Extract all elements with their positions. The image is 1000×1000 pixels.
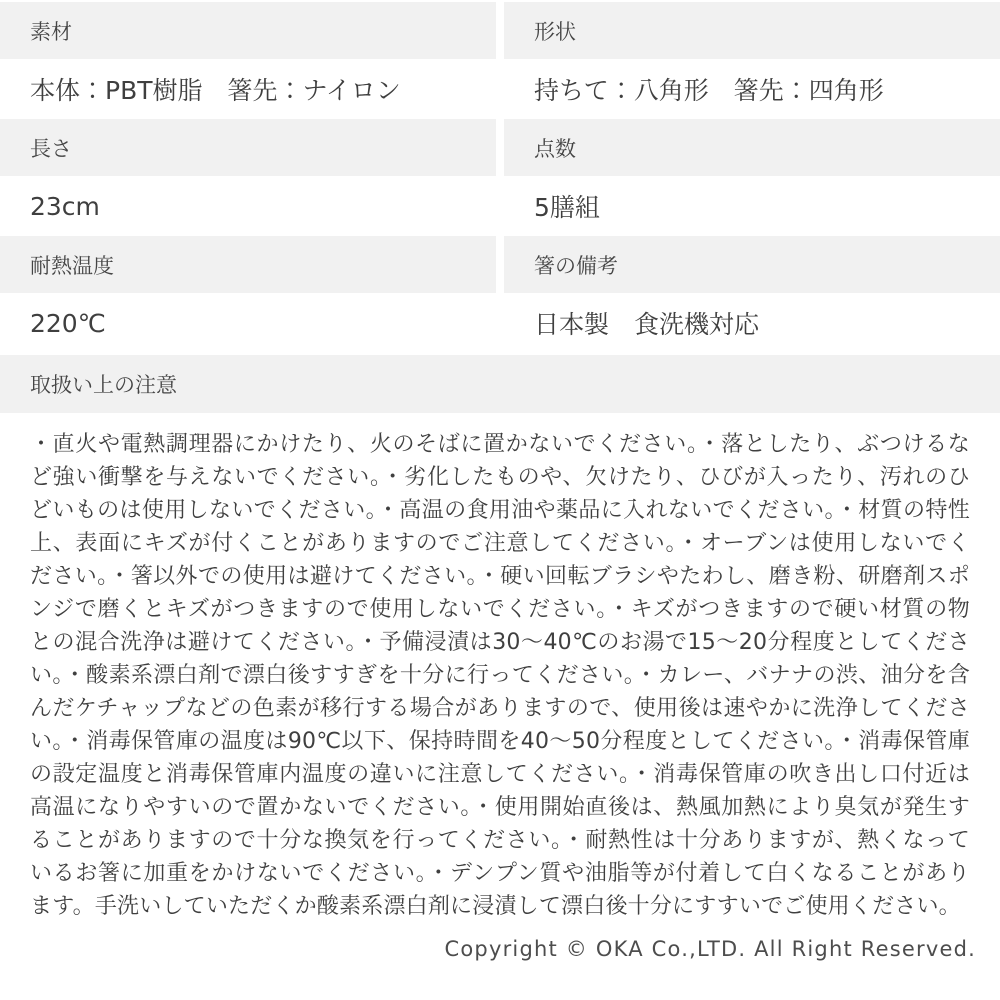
spec-header-heat-resistance: 耐熱温度 [0,236,496,293]
spec-header-material: 素材 [0,2,496,59]
spec-header-quantity: 点数 [504,119,1000,176]
copyright-notice: Copyright © OKA Co.,LTD. All Right Reser… [0,937,1000,961]
handling-precautions-text: ・直火や電熱調理器にかけたり、火のそばに置かないでください。・落としたり、ぶつけ… [0,413,1000,923]
product-spec-table: 素材 形状 本体：PBT樹脂 箸先：ナイロン 持ちて：八角形 箸先：四角形 長さ… [0,2,1000,353]
spec-header-remarks: 箸の備考 [504,236,1000,293]
spec-value-heat-resistance: 220℃ [0,293,496,353]
spec-header-length: 長さ [0,119,496,176]
spec-value-shape: 持ちて：八角形 箸先：四角形 [504,59,1000,119]
handling-precautions-title: 取扱い上の注意 [30,369,177,399]
spec-header-shape: 形状 [504,2,1000,59]
spec-value-remarks: 日本製 食洗機対応 [504,293,1000,353]
handling-precautions-header: 取扱い上の注意 [0,355,1000,413]
spec-value-material: 本体：PBT樹脂 箸先：ナイロン [0,59,496,119]
spec-value-length: 23cm [0,176,496,236]
spec-value-quantity: 5膳組 [504,176,1000,236]
